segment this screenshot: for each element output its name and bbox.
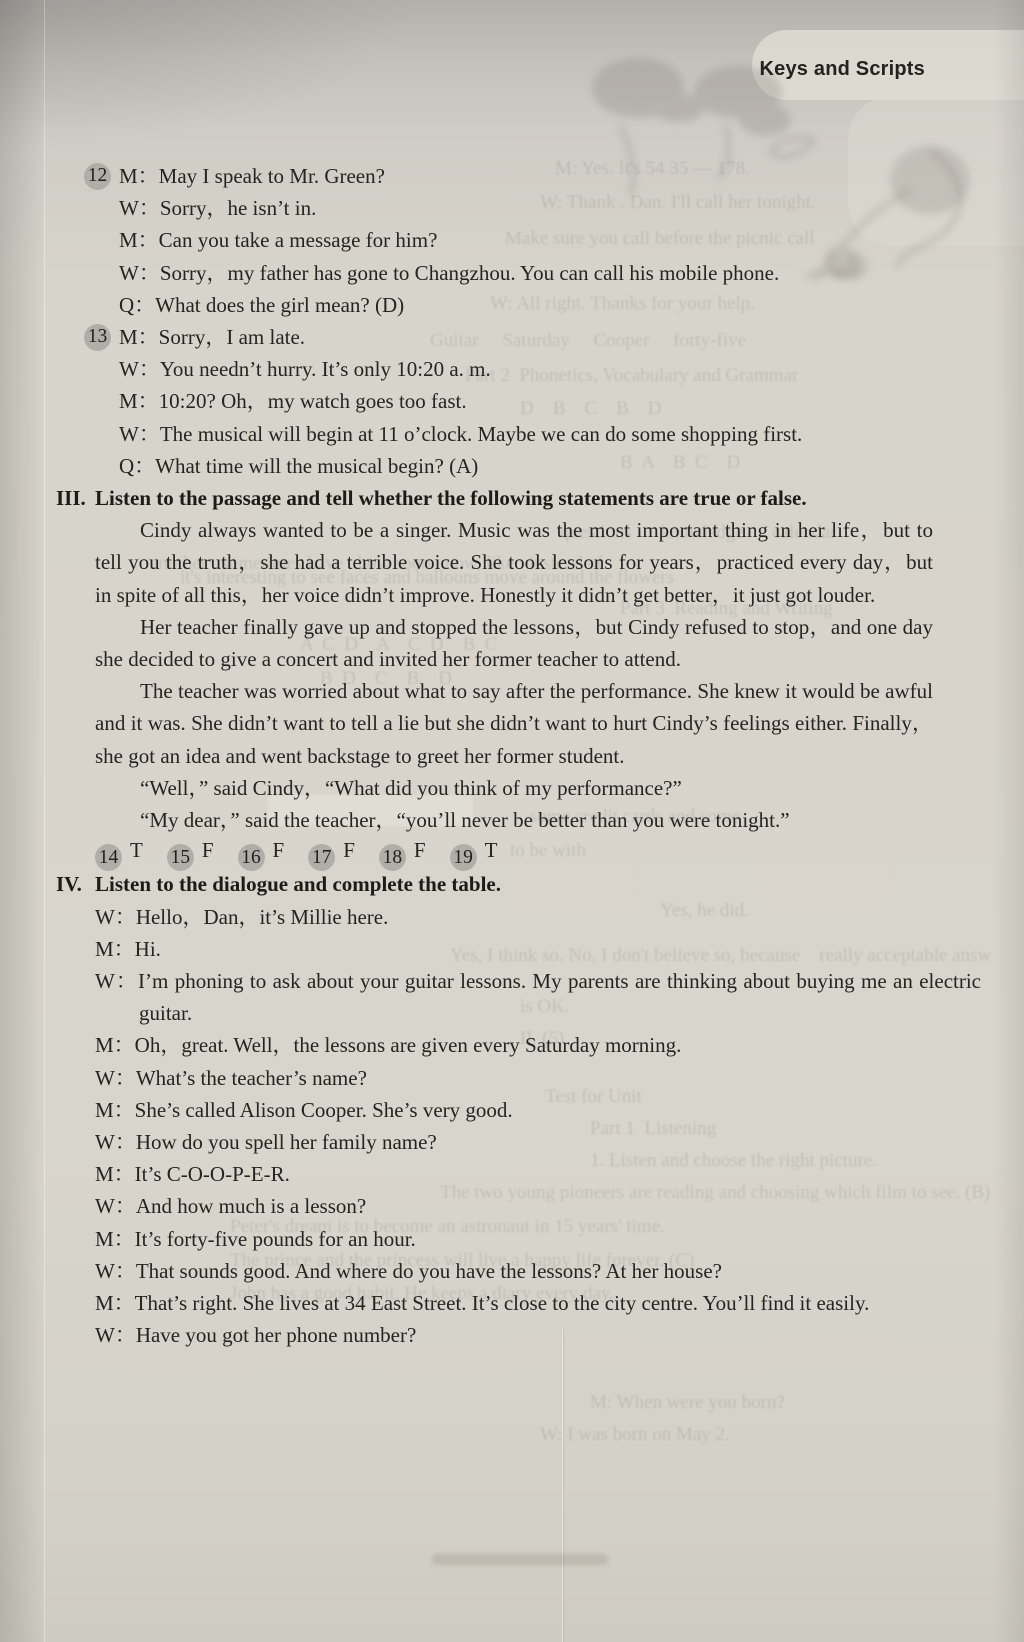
answer-number-badge: 17 xyxy=(308,844,335,871)
bleedthrough-text: W: I was born on May 2. xyxy=(540,1424,730,1446)
scanned-book-page: Keys and Scripts M: Yes. It's 54 35 — 17… xyxy=(0,0,1024,1642)
item-number-badge: 13 xyxy=(84,324,111,351)
answer-item: 19T xyxy=(450,834,498,872)
passage-paragraph: Her teacher finally gave up and stopped … xyxy=(95,611,933,675)
bleedthrough-text: M: When were you born? xyxy=(590,1392,785,1414)
dialogue-line: W：The musical will begin at 11 o’clock. … xyxy=(119,418,931,450)
answer-letter: F xyxy=(202,838,214,862)
dialogue-line: W：Hello，Dan，it’s Millie here. xyxy=(95,901,981,933)
dialogue-line: W：That sounds good. And where do you hav… xyxy=(95,1255,981,1287)
dialogue-line: M：May I speak to Mr. Green? xyxy=(119,160,931,192)
answer-number-badge: 18 xyxy=(379,844,406,871)
listening-item-13: 13 M：Sorry，I am late. W：You needn’t hurr… xyxy=(84,321,931,482)
passage-paragraph: “Well，” said Cindy，“What did you think o… xyxy=(95,772,933,804)
answer-number-badge: 14 xyxy=(95,844,122,871)
answer-letter: T xyxy=(130,838,143,862)
page-title: Keys and Scripts xyxy=(760,58,926,81)
page-crease-line xyxy=(562,1330,563,1642)
passage-paragraph: “My dear，” said the teacher，“you’ll neve… xyxy=(95,804,933,836)
dialogue-line: W：What’s the teacher’s name? xyxy=(95,1062,981,1094)
dialogue-line: W：Sorry，he isn’t in. xyxy=(119,192,931,224)
dialogue-line: W：How do you spell her family name? xyxy=(95,1126,981,1158)
answer-item: 18F xyxy=(379,834,426,872)
dialogue-line: M：She’s called Alison Cooper. She’s very… xyxy=(95,1094,981,1126)
passage-paragraph: The teacher was worried about what to sa… xyxy=(95,675,933,772)
listening-item-12: 12 M：May I speak to Mr. Green? W：Sorry，h… xyxy=(84,160,931,321)
dialogue-line: M：Sorry，I am late. xyxy=(119,321,931,353)
dialogue-line: W：Sorry，my father has gone to Changzhou.… xyxy=(119,257,931,289)
answer-letter: F xyxy=(343,838,355,862)
bottom-ink-smudge xyxy=(432,1554,608,1565)
answer-item: 15F xyxy=(167,834,214,872)
dialogue-line: M：10:20? Oh，my watch goes too fast. xyxy=(119,385,931,417)
answer-letter: F xyxy=(414,838,426,862)
section-heading-text: Listen to the passage and tell whether t… xyxy=(95,486,807,510)
dialogue-line: M：It’s C-O-O-P-E-R. xyxy=(95,1158,981,1190)
answer-item: 17F xyxy=(308,834,355,872)
dialogue-line: M：That’s right. She lives at 34 East Str… xyxy=(95,1287,981,1319)
true-false-answers-row: 14T 15F 16F 17F 18F 19T xyxy=(95,836,934,868)
answer-letter: F xyxy=(273,838,285,862)
listening-dialogue: W：Hello，Dan，it’s Millie here. M：Hi. W：I’… xyxy=(95,901,937,1352)
scan-corner-shadow xyxy=(0,0,420,150)
page-left-edge-line xyxy=(44,0,45,1642)
dialogue-line: Q：What time will the musical begin? (A) xyxy=(119,450,931,482)
answer-number-badge: 15 xyxy=(167,844,194,871)
page-content: 12 M：May I speak to Mr. Green? W：Sorry，h… xyxy=(56,160,934,1352)
answer-number-badge: 16 xyxy=(238,844,265,871)
section-numeral: IV. xyxy=(56,868,95,900)
answer-item: 14T xyxy=(95,834,143,872)
passage-paragraph: Cindy always wanted to be a singer. Musi… xyxy=(95,514,933,611)
dialogue-line: M：Hi. xyxy=(95,933,981,965)
section-3-heading: III.Listen to the passage and tell wheth… xyxy=(56,482,934,514)
answer-item: 16F xyxy=(238,834,285,872)
section-4-heading: IV.Listen to the dialogue and complete t… xyxy=(56,868,934,900)
answer-number-badge: 19 xyxy=(450,844,477,871)
answer-letter: T xyxy=(485,838,498,862)
dialogue-line: W：I’m phoning to ask about your guitar l… xyxy=(95,965,981,1029)
dialogue-line: M：Can you take a message for him? xyxy=(119,224,931,256)
dialogue-line: W：Have you got her phone number? xyxy=(95,1319,981,1351)
page-left-edge-shadow xyxy=(0,0,46,1642)
dialogue-line: W：You needn’t hurry. It’s only 10:20 a. … xyxy=(119,353,931,385)
dialogue-line: Q：What does the girl mean? (D) xyxy=(119,289,931,321)
listening-passage: Cindy always wanted to be a singer. Musi… xyxy=(95,514,933,836)
dialogue-line: W：And how much is a lesson? xyxy=(95,1190,981,1222)
dialogue-line: M：It’s forty-five pounds for an hour. xyxy=(95,1223,981,1255)
section-heading-text: Listen to the dialogue and complete the … xyxy=(95,872,501,896)
dialogue-line: M：Oh，great. Well，the lessons are given e… xyxy=(95,1029,981,1061)
section-numeral: III. xyxy=(56,482,95,514)
item-number-badge: 12 xyxy=(84,163,111,190)
